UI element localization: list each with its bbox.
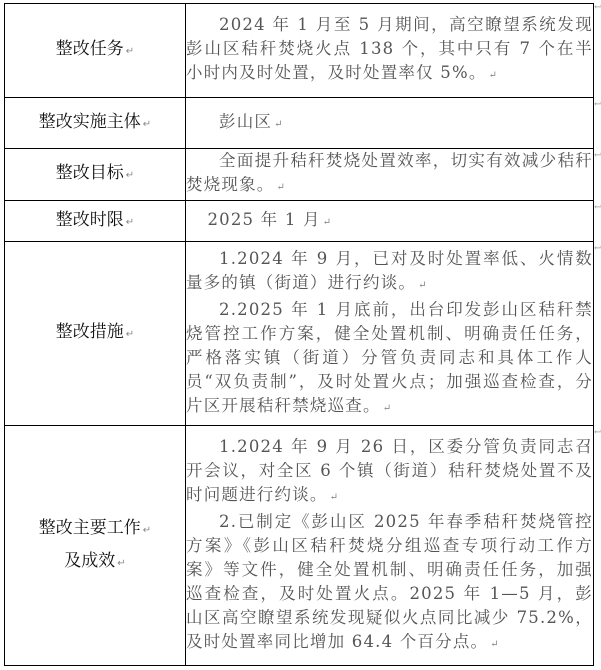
cell-end-mark-icon: ↩ (594, 243, 601, 254)
paragraph-mark-icon: ↵ (143, 525, 151, 536)
paragraph-mark-icon: ↵ (126, 46, 134, 57)
content-paragraph: 2.已制定《彭山区 2025 年春季秸秆焚烧管控方案》《彭山区秸秆焚烧分组巡查专… (186, 510, 593, 657)
content-paragraph: 彭山区↵ (186, 110, 593, 137)
paragraph-mark-icon: ↵ (323, 217, 333, 228)
table-row-deadline: 整改时限↵ 2025 年 1 月↵ (5, 201, 594, 242)
paragraph-mark-icon: ↵ (418, 280, 428, 291)
content-paragraph: 全面提升秸秆焚烧处置效率，切实有效减少秸秆焚烧现象。↵ (186, 149, 593, 200)
row-label: 整改主要工作↵ 及成效↵ (5, 426, 186, 666)
paragraph-mark-icon: ↵ (277, 182, 287, 193)
row-content: 彭山区↵ (186, 98, 594, 149)
content-paragraph: 1.2024 年 9 月，已对及时处置率低、火情数量多的镇（街道）进行约谈。↵ (186, 247, 593, 298)
paragraph-mark-icon: ↵ (330, 492, 340, 503)
label-text: 整改措施 (56, 322, 124, 342)
content-paragraph: 2024 年 1 月至 5 月期间，高空瞭望系统发现彭山区秸秆焚烧火点 138 … (186, 13, 593, 88)
paragraph-mark-icon: ↵ (117, 558, 125, 569)
label-text: 整改实施主体 (39, 112, 141, 132)
table-row-goal: 整改目标↵ 全面提升秸秆焚烧处置效率，切实有效减少秸秆焚烧现象。↵ (5, 149, 594, 201)
content-paragraph: 1.2024 年 9 月 26 日，区委分管负责同志召开会议，对全区 6 个镇（… (186, 435, 593, 510)
cell-end-mark-icon: ↩ (594, 427, 601, 438)
row-label: 整改任务↵ (5, 4, 186, 98)
cell-end-mark-icon: ↩ (594, 202, 601, 213)
table-row-task: 整改任务↵ 2024 年 1 月至 5 月期间，高空瞭望系统发现彭山区秸秆焚烧火… (5, 4, 594, 98)
row-content: 2025 年 1 月↵ (186, 201, 594, 242)
paragraph-text: 2.已制定《彭山区 2025 年春季秸秆焚烧管控方案》《彭山区秸秆焚烧分组巡查专… (186, 512, 593, 651)
paragraph-mark-icon: ↵ (126, 329, 134, 340)
paragraph-text: 2024 年 1 月至 5 月期间，高空瞭望系统发现彭山区秸秆焚烧火点 138 … (186, 15, 593, 82)
paragraph-text: 1.2024 年 9 月，已对及时处置率低、火情数量多的镇（街道）进行约谈。 (186, 249, 593, 292)
row-content: 2024 年 1 月至 5 月期间，高空瞭望系统发现彭山区秸秆焚烧火点 138 … (186, 4, 594, 98)
paragraph-text: 全面提升秸秆焚烧处置效率，切实有效减少秸秆焚烧现象。 (186, 151, 593, 194)
table-row-measures: 整改措施↵ 1.2024 年 9 月，已对及时处置率低、火情数量多的镇（街道）进… (5, 242, 594, 426)
label-text: 整改主要工作 (39, 518, 141, 538)
paragraph-mark-icon: ↵ (126, 170, 134, 181)
content-paragraph: 2025 年 1 月↵ (186, 208, 593, 235)
content-paragraph: 2.2025 年 1 月底前，出台印发彭山区秸秆禁烧管控工作方案，健全处置机制、… (186, 298, 593, 421)
cell-end-mark-icon: ↩ (594, 99, 601, 110)
row-label: 整改目标↵ (5, 149, 186, 201)
paragraph-mark-icon: ↵ (126, 217, 134, 228)
cell-end-mark-icon: ↩ (594, 150, 601, 161)
table-row-results: 整改主要工作↵ 及成效↵ 1.2024 年 9 月 26 日，区委分管负责同志召… (5, 426, 594, 666)
label-text: 及成效 (64, 551, 115, 571)
row-content: 全面提升秸秆焚烧处置效率，切实有效减少秸秆焚烧现象。↵ (186, 149, 594, 201)
row-content: 1.2024 年 9 月 26 日，区委分管负责同志召开会议，对全区 6 个镇（… (186, 426, 594, 666)
row-label: 整改时限↵ (5, 201, 186, 242)
paragraph-mark-icon: ↵ (383, 403, 393, 414)
paragraph-mark-icon: ↵ (143, 119, 151, 130)
row-content: 1.2024 年 9 月，已对及时处置率低、火情数量多的镇（街道）进行约谈。↵ … (186, 242, 594, 426)
row-label: 整改实施主体↵ (5, 98, 186, 149)
cell-end-mark-icon: ↩ (594, 2, 601, 13)
label-text: 整改目标 (56, 163, 124, 183)
paragraph-text: 2.2025 年 1 月底前，出台印发彭山区秸秆禁烧管控工作方案，健全处置机制、… (186, 300, 593, 415)
paragraph-mark-icon: ↵ (490, 639, 500, 650)
label-text: 整改时限 (56, 210, 124, 230)
paragraph-mark-icon: ↵ (274, 119, 284, 130)
paragraph-text: 2025 年 1 月 (207, 210, 320, 229)
paragraph-mark-icon: ↵ (489, 70, 499, 81)
label-text: 整改任务 (56, 39, 124, 59)
paragraph-text: 彭山区 (219, 112, 272, 131)
rectification-table: 整改任务↵ 2024 年 1 月至 5 月期间，高空瞭望系统发现彭山区秸秆焚烧火… (4, 3, 594, 666)
paragraph-text: 1.2024 年 9 月 26 日，区委分管负责同志召开会议，对全区 6 个镇（… (186, 437, 593, 504)
table-row-subject: 整改实施主体↵ 彭山区↵ (5, 98, 594, 149)
row-label: 整改措施↵ (5, 242, 186, 426)
